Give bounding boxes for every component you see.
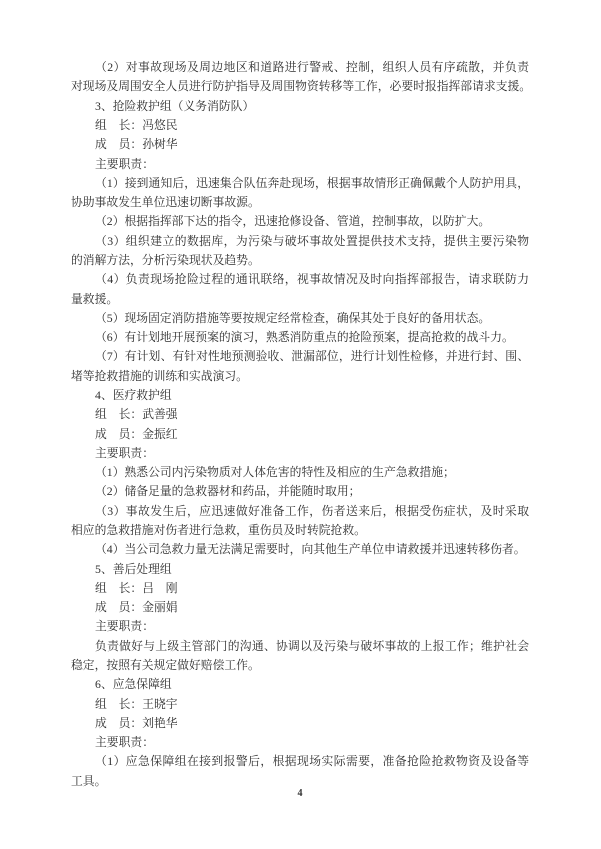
duties-label: 主要职责： [95, 617, 529, 636]
group-leader: 组 长：吕 刚 [95, 579, 529, 598]
paragraph-line: （1）接到通知后，迅速集合队伍奔赴现场，根据事故情形正确佩戴个人防护用具， [95, 174, 529, 193]
group-member: 成 员：孙树华 [95, 135, 529, 154]
paragraph-line: 对现场及周围安全人员进行防护指导及周围物资转移等工作，必要时报指挥部请求支援。 [71, 77, 529, 96]
paragraph-line: （4）当公司急救力量无法满足需要时，向其他生产单位申请救援并迅速转移伤者。 [95, 540, 529, 559]
paragraph-line: 量救援。 [71, 290, 529, 309]
section-heading: 6、应急保障组 [95, 675, 529, 694]
paragraph-line: 相应的急救措施对伤者进行急救，重伤员及时转院抢救。 [71, 521, 529, 540]
section-heading: 4、医疗救护组 [95, 386, 529, 405]
section-heading: 5、善后处理组 [95, 560, 529, 579]
group-leader: 组 长：王晓宇 [95, 695, 529, 714]
paragraph-line: （7）有计划、有针对性地预测验收、泄漏部位，进行计划性检修，并进行封、围、 [95, 347, 529, 366]
group-leader: 组 长：武善强 [95, 405, 529, 424]
group-leader: 组 长：冯悠民 [95, 116, 529, 135]
group-member: 成 员：金振红 [95, 425, 529, 444]
paragraph-line: （4）负责现场抢险过程的通讯联络，视事故情况及时向指挥部报告，请求联防力 [95, 270, 529, 289]
duties-label: 主要职责： [95, 155, 529, 174]
duties-label: 主要职责： [95, 444, 529, 463]
paragraph-line: （2）根据指挥部下达的指令，迅速抢修设备、管道，控制事故，以防扩大。 [95, 212, 529, 231]
paragraph-line: 协助事故发生单位迅速切断事故源。 [71, 193, 529, 212]
paragraph-line: 负责做好与上级主管部门的沟通、协调以及污染与破坏事故的上报工作；维护社会 [95, 637, 529, 656]
section-heading: 3、抢险救护组（义务消防队） [95, 97, 529, 116]
page-number: 4 [290, 786, 310, 802]
group-member: 成 员：金丽娟 [95, 598, 529, 617]
paragraph-line: （2）对事故现场及周边地区和道路进行警戒、控制，组织人员有序疏散，并负责 [95, 58, 529, 77]
paragraph-line: 稳定，按照有关规定做好赔偿工作。 [71, 656, 529, 675]
group-member: 成 员：刘艳华 [95, 714, 529, 733]
paragraph-line: （6）有计划地开展预案的演习，熟悉消防重点的抢险预案，提高抢救的战斗力。 [95, 328, 529, 347]
paragraph-line: （3）组织建立的数据库，为污染与破坏事故处置提供技术支持，提供主要污染物 [95, 232, 529, 251]
paragraph-line: （2）储备足量的急救器材和药品，并能随时取用； [95, 482, 529, 501]
paragraph-line: （1）应急保障组在接到报警后，根据现场实际需要，准备抢险抢救物资及设备等 [95, 752, 529, 771]
paragraph-line: 的消解方法，分析污染现状及趋势。 [71, 251, 529, 270]
paragraph-line: （5）现场固定消防措施等要按规定经常检查，确保其处于良好的备用状态。 [95, 309, 529, 328]
paragraph-line: （1）熟悉公司内污染物质对人体危害的特性及相应的生产急救措施； [95, 463, 529, 482]
duties-label: 主要职责： [95, 733, 529, 752]
paragraph-line: （3）事故发生后，应迅速做好准备工作，伤者送来后，根据受伤症状，及时采取 [95, 502, 529, 521]
paragraph-line: 堵等抢救措施的训练和实战演习。 [71, 367, 529, 386]
document-page: （2）对事故现场及周边地区和道路进行警戒、控制，组织人员有序疏散，并负责 对现场… [0, 0, 601, 849]
